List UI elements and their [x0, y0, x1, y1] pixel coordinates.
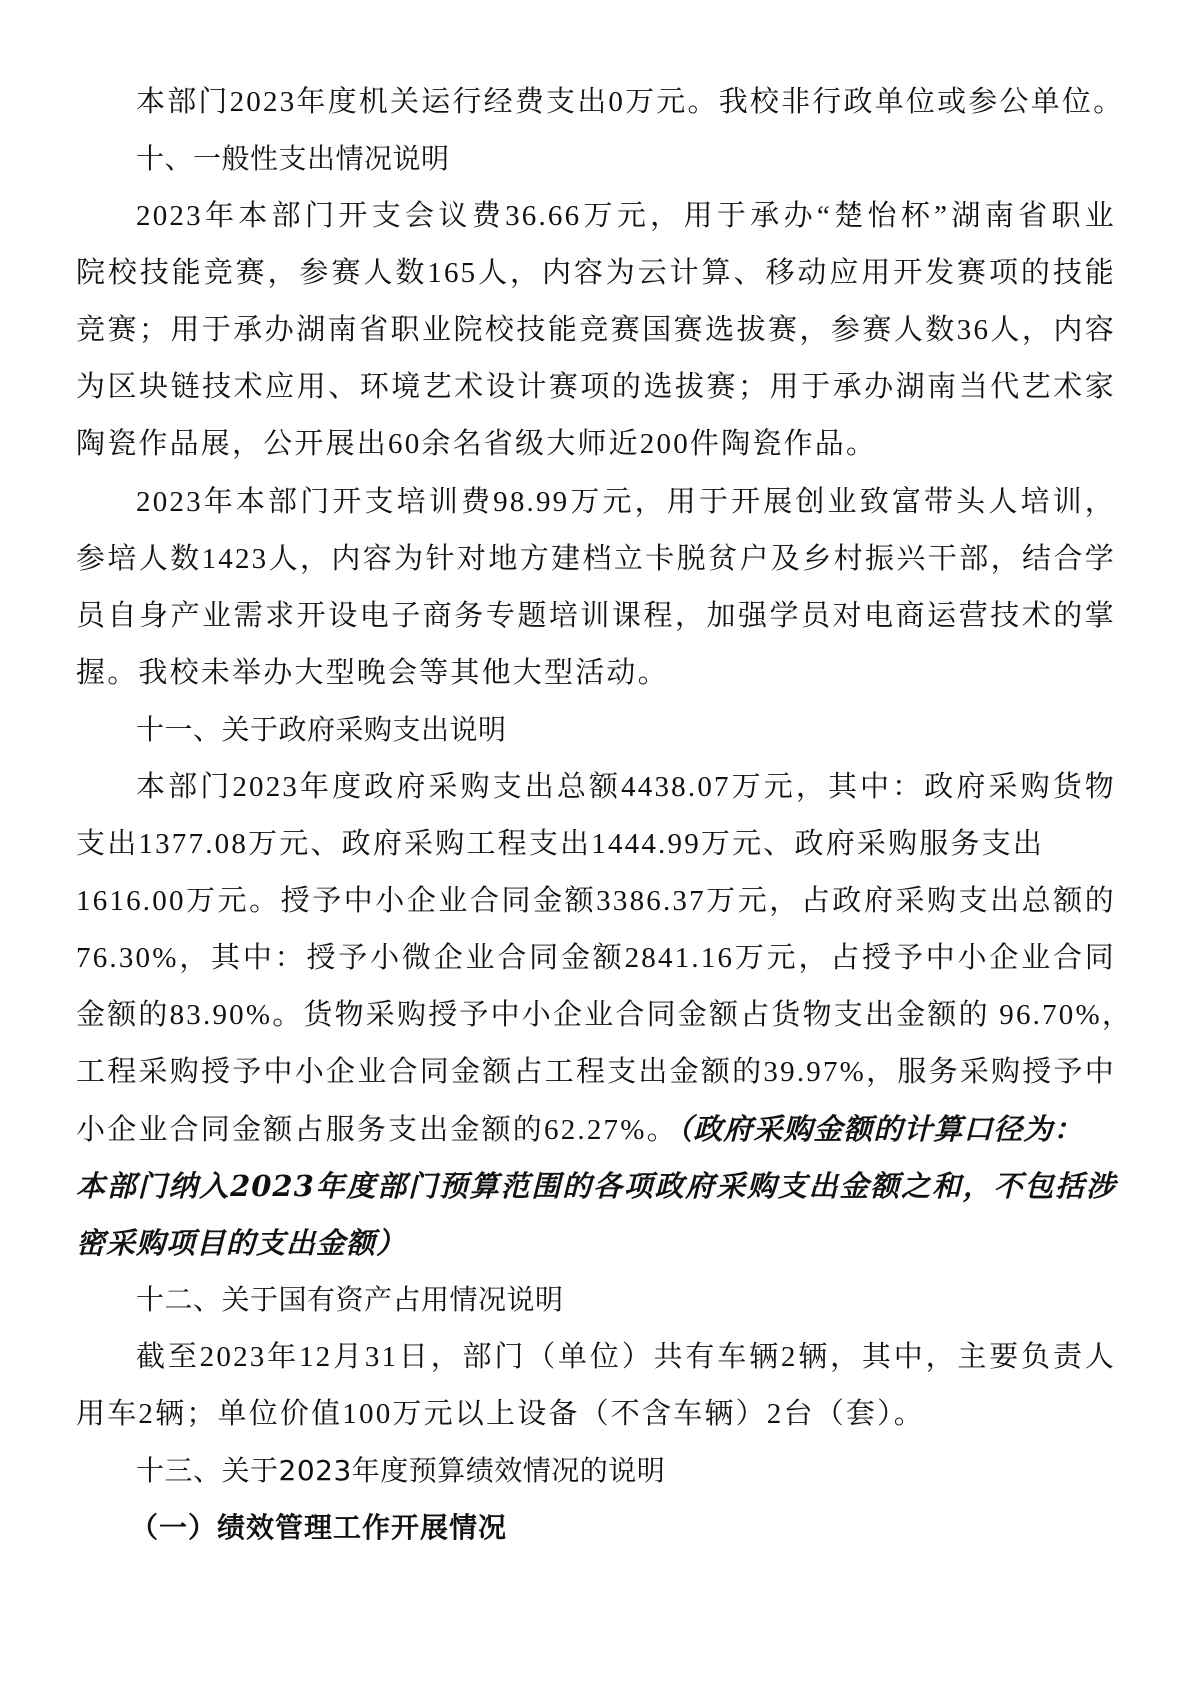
paragraph-line: 2023年本部门开支培训费98.99万元，用于开展创业致富带头人培训， [136, 482, 1116, 522]
paragraph-line: 支出1377.08万元、政府采购工程支出1444.99万元、政府采购服务支出 [76, 824, 1116, 864]
paragraph-line: 金额的83.90%。货物采购授予中小企业合同金额占货物支出金额的 96.70%， [76, 995, 1116, 1035]
emphasis-note: （政府采购金额的计算口径为： [678, 1112, 1084, 1146]
paragraph-line: 本部门2023年度机关运行经费支出0万元。我校非行政单位或参公单位。 [136, 82, 1116, 122]
paragraph-text: 小企业合同金额占服务支出金额的62.27%。 [76, 1114, 678, 1146]
paragraph-line: 握。我校未举办大型晚会等其他大型活动。 [76, 653, 1116, 693]
paragraph-line: 工程采购授予中小企业合同金额占工程支出金额的39.97%，服务采购授予中 [76, 1052, 1116, 1092]
paragraph-line-mixed: 小企业合同金额占服务支出金额的62.27%。（政府采购金额的计算口径为： [76, 1109, 1116, 1149]
paragraph-line: 为区块链技术应用、环境艺术设计赛项的选拔赛；用于承办湖南当代艺术家 [76, 367, 1116, 407]
paragraph-line: 1616.00万元。授予中小企业合同金额3386.37万元，占政府采购支出总额的 [76, 881, 1116, 921]
paragraph-line: 本部门2023年度政府采购支出总额4438.07万元，其中：政府采购货物 [136, 767, 1116, 807]
section-heading-12: 十二、关于国有资产占用情况说明 [136, 1280, 1116, 1320]
document-page: 本部门2023年度机关运行经费支出0万元。我校非行政单位或参公单位。 十、一般性… [0, 0, 1191, 1684]
paragraph-line: 用车2辆；单位价值100万元以上设备（不含车辆）2台（套）。 [76, 1394, 1116, 1434]
section-heading-10: 十、一般性支出情况说明 [136, 139, 1116, 179]
paragraph-line: 员自身产业需求开设电子商务专题培训课程，加强学员对电商运营技术的掌 [76, 596, 1116, 636]
paragraph-line: 竞赛；用于承办湖南省职业院校技能竞赛国赛选拔赛，参赛人数36人，内容 [76, 310, 1116, 350]
emphasis-note-line: 密采购项目的支出金额） [76, 1223, 1116, 1263]
paragraph-line: 院校技能竞赛，参赛人数165人，内容为云计算、移动应用开发赛项的技能 [76, 253, 1116, 293]
paragraph-line: 参培人数1423人，内容为针对地方建档立卡脱贫户及乡村振兴干部，结合学 [76, 539, 1116, 579]
subsection-heading: （一）绩效管理工作开展情况 [130, 1508, 1170, 1548]
section-heading-11: 十一、关于政府采购支出说明 [136, 710, 1116, 750]
paragraph-line: 陶瓷作品展，公开展出60余名省级大师近200件陶瓷作品。 [76, 424, 1116, 464]
paragraph-line: 2023年本部门开支会议费36.66万元，用于承办“楚怡杯”湖南省职业 [136, 196, 1116, 236]
paragraph-line: 截至2023年12月31日，部门（单位）共有车辆2辆，其中，主要负责人 [136, 1337, 1116, 1377]
section-heading-13: 十三、关于2023年度预算绩效情况的说明 [136, 1451, 1116, 1491]
emphasis-note-line: 本部门纳入2023年度部门预算范围的各项政府采购支出金额之和，不包括涉 [76, 1166, 1116, 1206]
paragraph-line: 76.30%，其中：授予小微企业合同金额2841.16万元，占授予中小企业合同 [76, 938, 1116, 978]
